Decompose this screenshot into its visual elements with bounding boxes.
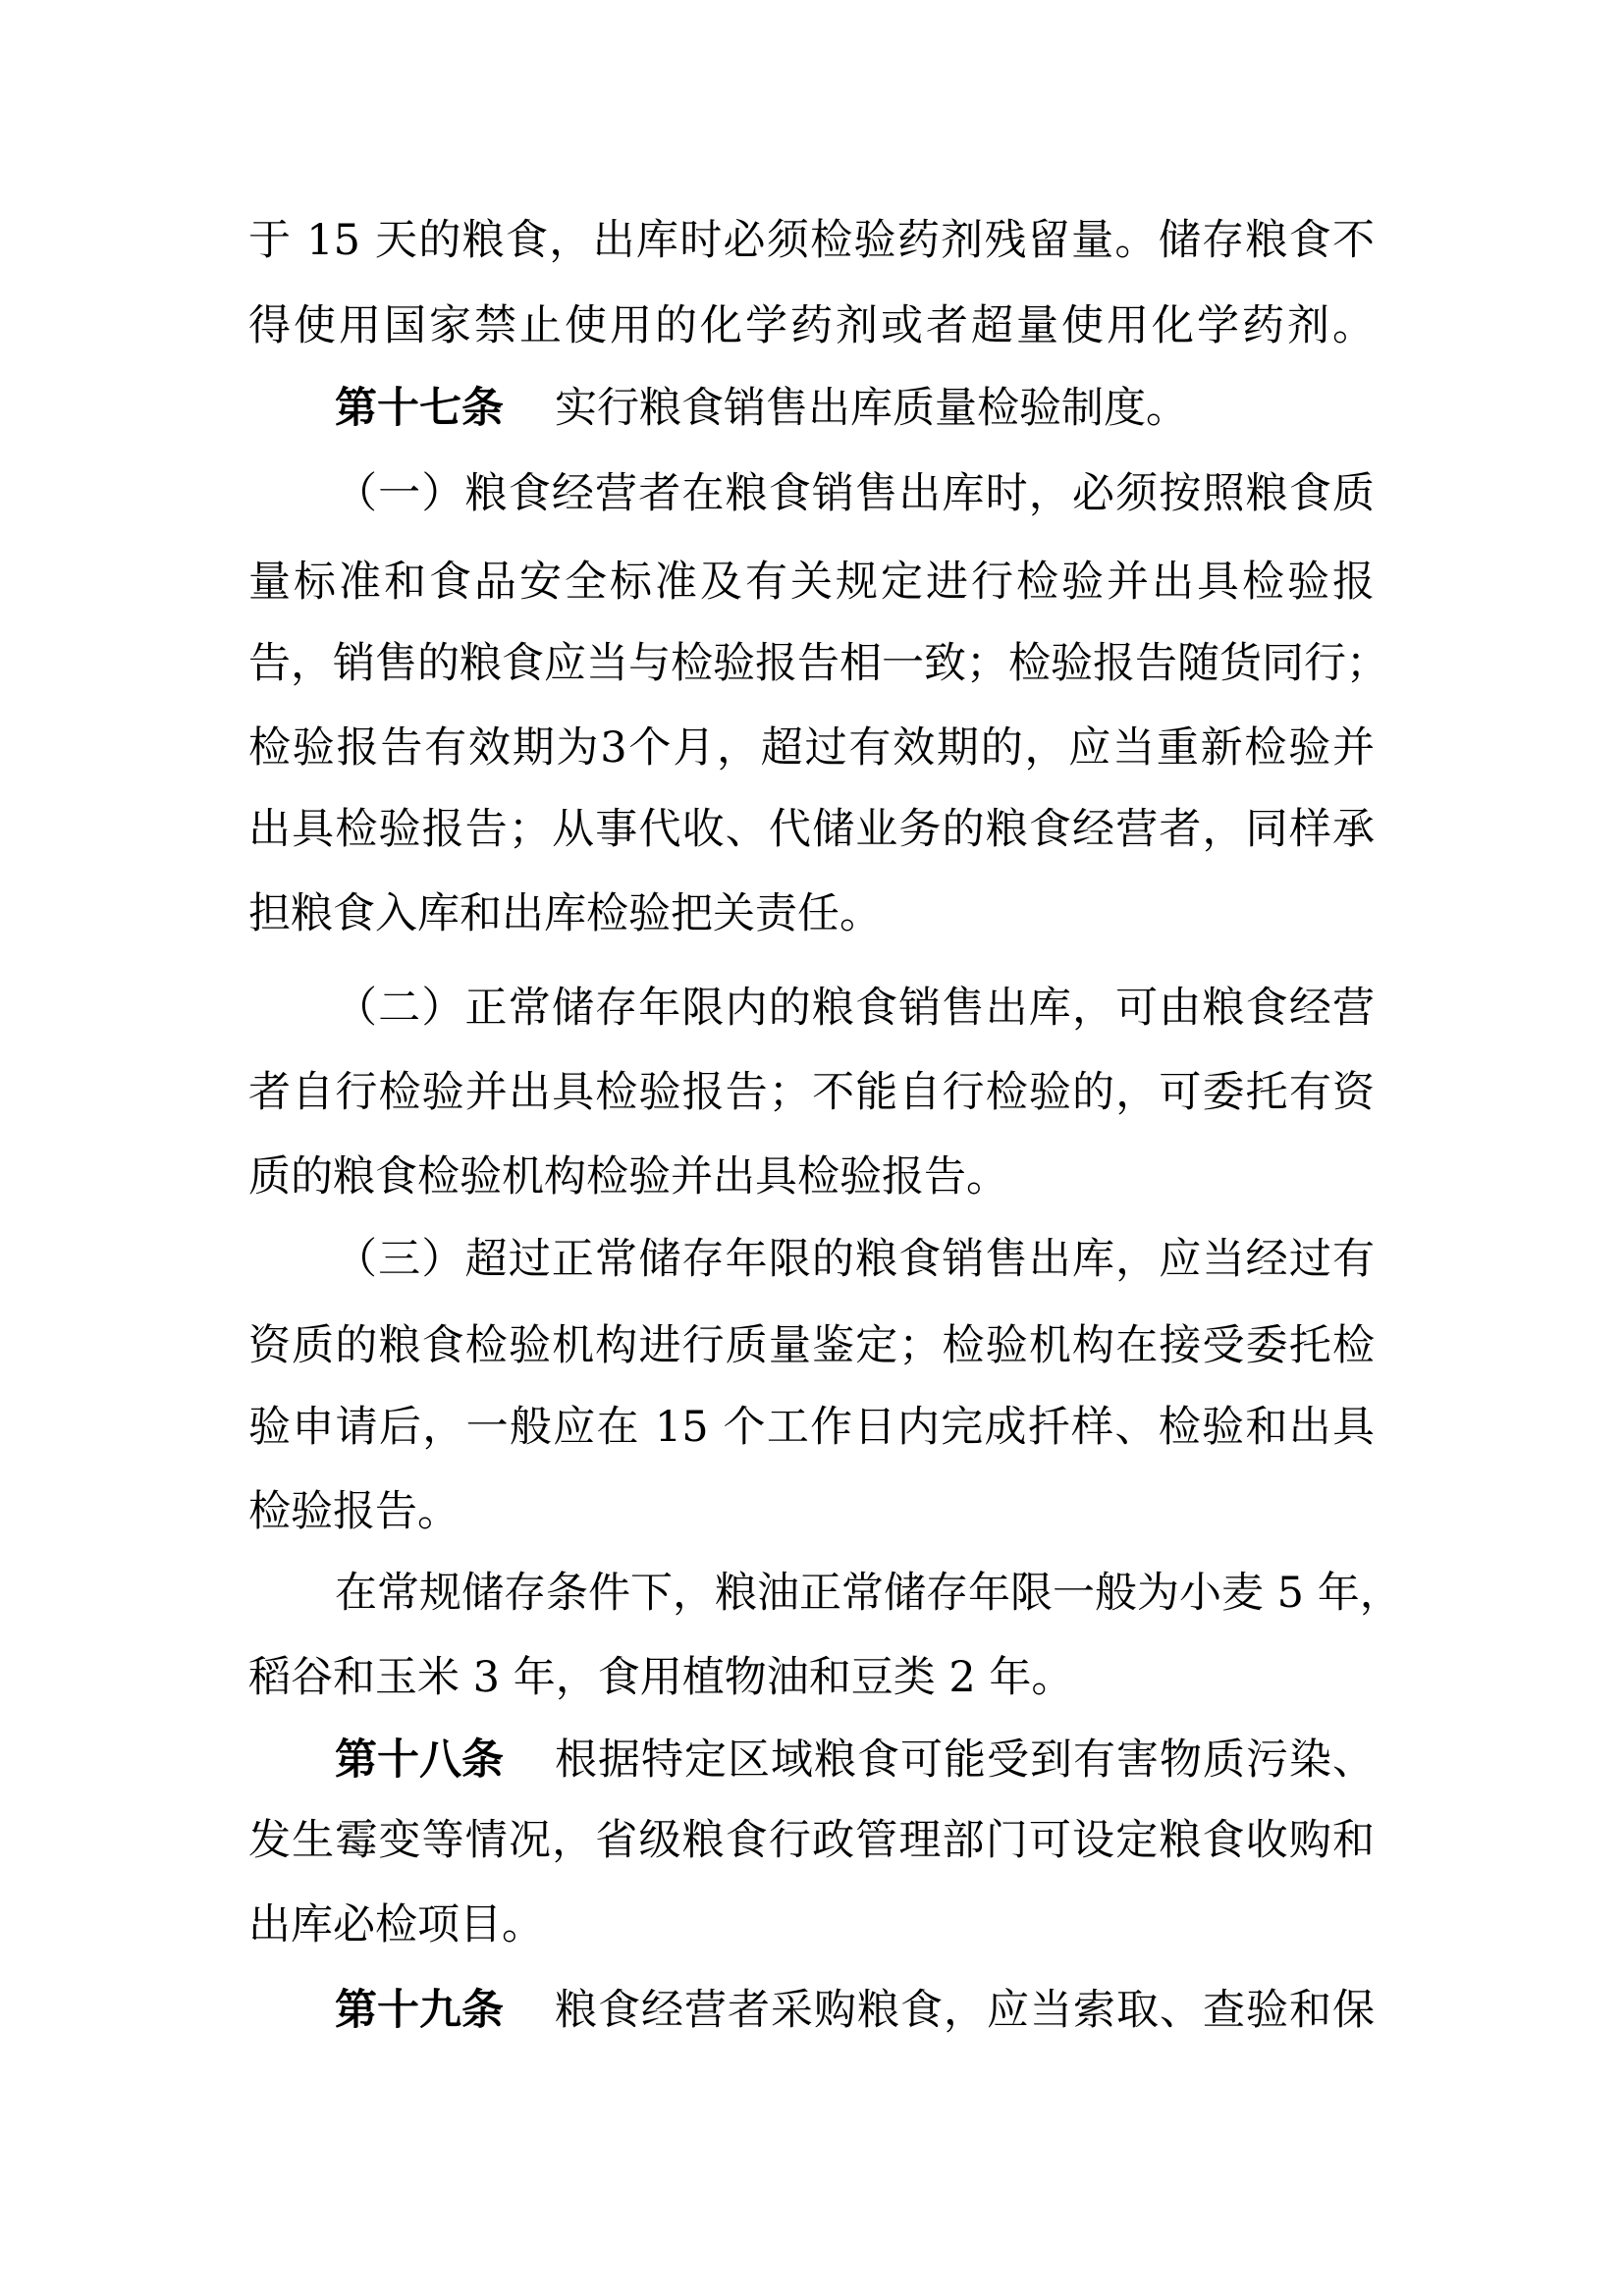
text-line: 者自行检验并出具检验报告；不能自行检验的，可委托有资 (248, 1068, 1375, 1117)
article-text: 根据特定区域粮食可能受到有害物质污染、 (555, 1735, 1375, 1785)
article-text: 实行粮食销售出库质量检验制度。 (555, 384, 1375, 433)
text-line: 质的粮食检验机构检验并出具检验报告。 (248, 1152, 1375, 1201)
article-heading: 第十九条 (335, 1986, 504, 2035)
document-page: 于 15 天的粮食，出库时必须检验药剂残留量。储存粮食不 得使用国家禁止使用的化… (0, 0, 1624, 2296)
text-line: 稻谷和玉米 3 年，食用植物油和豆类 2 年。 (248, 1653, 1375, 1702)
text-line: 在常规储存条件下，粮油正常储存年限一般为小麦 5 年， (335, 1569, 1375, 1618)
text-line: 检验报告。 (248, 1487, 1375, 1536)
article-17-line: 第十七条 实行粮食销售出库质量检验制度。 (335, 384, 1375, 433)
article-text: 粮食经营者采购粮食，应当索取、查验和保 (555, 1986, 1375, 2035)
text-line: 担粮食入库和出库检验把关责任。 (248, 889, 1375, 938)
text-line: 发生霉变等情况，省级粮食行政管理部门可设定粮食收购和 (248, 1816, 1375, 1865)
text-line: 得使用国家禁止使用的化学药剂或者超量使用化学药剂。 (248, 301, 1375, 350)
text-line: 资质的粮食检验机构进行质量鉴定；检验机构在接受委托检 (248, 1321, 1375, 1370)
text-line: 出具检验报告；从事代收、代储业务的粮食经营者，同样承 (248, 805, 1375, 854)
text-line: 检验报告有效期为3个月，超过有效期的，应当重新检验并 (248, 723, 1375, 773)
text-line: 于 15 天的粮食，出库时必须检验药剂残留量。储存粮食不 (248, 216, 1375, 265)
text-line: 出库必检项目。 (248, 1900, 1375, 1949)
text-line: （二）正常储存年限内的粮食销售出库，可由粮食经营 (335, 984, 1375, 1033)
text-line: 量标准和食品安全标准及有关规定进行检验并出具检验报 (248, 558, 1375, 607)
text-line: 告，销售的粮食应当与检验报告相一致；检验报告随货同行； (248, 639, 1375, 688)
text-line: （一）粮食经营者在粮食销售出库时，必须按照粮食质 (335, 469, 1375, 518)
article-18-line: 第十八条 根据特定区域粮食可能受到有害物质污染、 (335, 1735, 1375, 1785)
article-heading: 第十七条 (335, 384, 504, 433)
text-line: （三）超过正常储存年限的粮食销售出库，应当经过有 (335, 1235, 1375, 1284)
text-line: 验申请后，一般应在 15 个工作日内完成扦样、检验和出具 (248, 1403, 1375, 1452)
article-heading: 第十八条 (335, 1735, 504, 1785)
article-19-line: 第十九条 粮食经营者采购粮食，应当索取、查验和保 (335, 1986, 1375, 2035)
